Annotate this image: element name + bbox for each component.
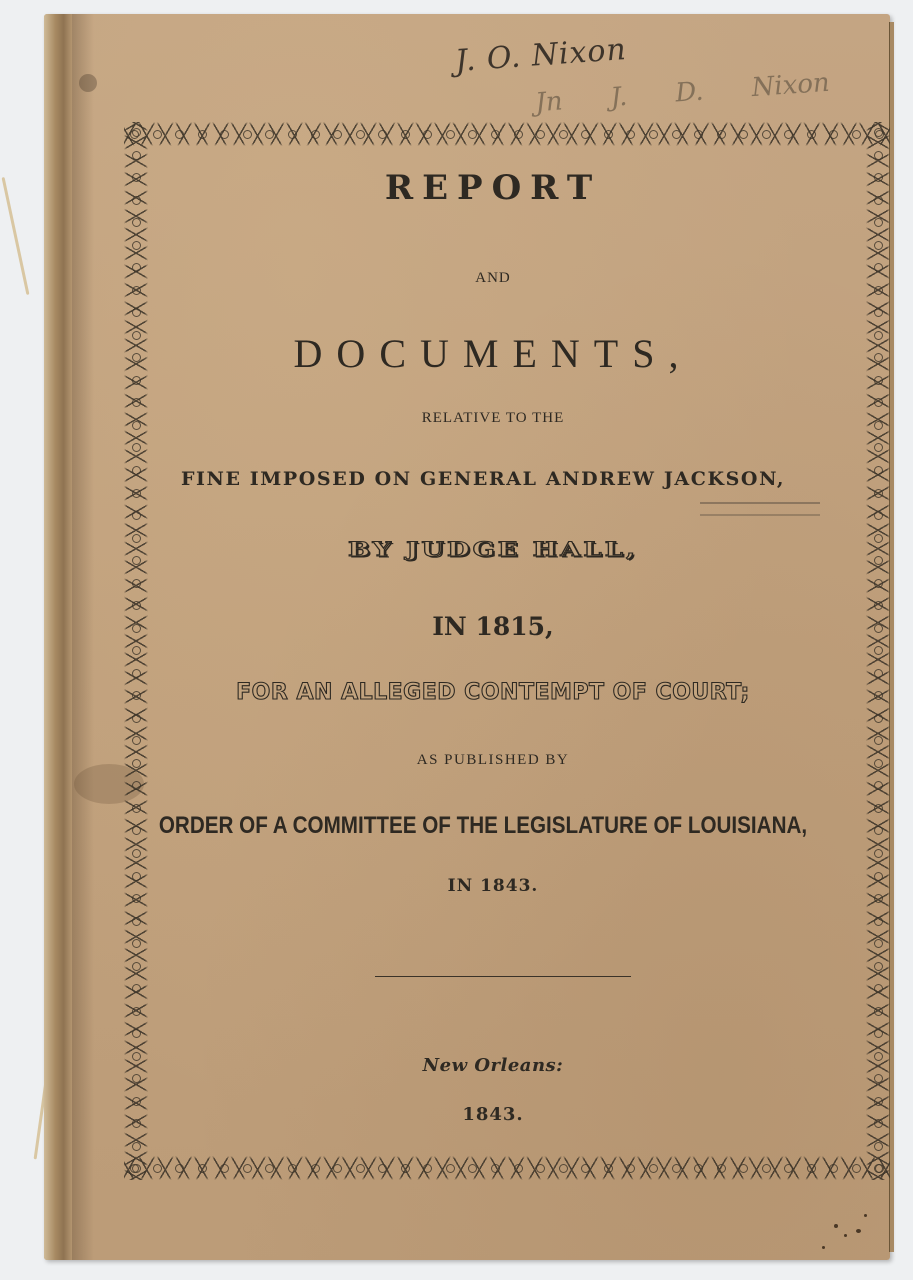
speck: [822, 1246, 825, 1249]
border-knots-top: [130, 122, 884, 146]
imprint-year: 1843.: [110, 1104, 876, 1125]
speck: [834, 1224, 838, 1228]
subtitle-judge: BY JUDGE HALL,: [110, 539, 876, 562]
subtitle-contempt: FOR AN ALLEGED CONTEMPT OF COURT;: [110, 680, 876, 705]
spine: [44, 14, 72, 1260]
title-report: REPORT: [110, 168, 876, 208]
border-knots-bottom: [130, 1156, 884, 1180]
speck: [856, 1229, 861, 1233]
subtitle-year-published: IN 1843.: [110, 876, 876, 896]
spine-shadow: [72, 14, 94, 1260]
binding-thread: [2, 177, 30, 295]
speck: [844, 1234, 847, 1237]
pencil-underline: [700, 502, 820, 516]
imprint-place: New Orleans:: [110, 1055, 876, 1076]
subtitle-published: AS PUBLISHED BY: [110, 752, 876, 769]
stain: [79, 74, 97, 92]
speck: [864, 1214, 867, 1217]
subtitle-relative: RELATIVE TO THE: [110, 410, 876, 427]
divider-rule: [375, 976, 631, 977]
subtitle-year-event: IN 1815,: [110, 612, 876, 641]
subtitle-fine: FINE IMPOSED ON GENERAL ANDREW JACKSON,: [100, 468, 866, 490]
title-documents: DOCUMENTS,: [110, 330, 876, 377]
subtitle-order: ORDER OF A COMMITTEE OF THE LEGISLATURE …: [154, 812, 813, 840]
title-and: AND: [110, 270, 876, 287]
